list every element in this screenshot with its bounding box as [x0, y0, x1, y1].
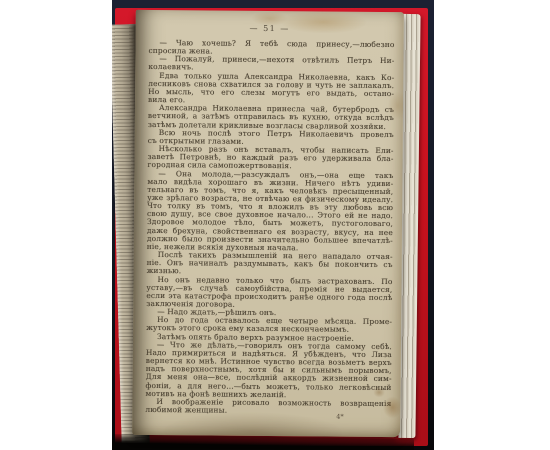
paragraph: Но онъ недавно только что былъ застрахов…	[146, 275, 392, 310]
paragraph: Послѣ такихъ размышленій на него нападал…	[147, 251, 393, 278]
paragraph: — Что же дѣлать,—говорилъ онъ тогда само…	[145, 341, 391, 400]
book-photo: — 51 — — Чаю хочешь? Я тебѣ сюда принесу…	[112, 0, 434, 450]
page-text: — Чаю хочешь? Я тебѣ сюда принесу,—любез…	[145, 39, 394, 416]
paragraph: И воображеніе рисовало возможность возвр…	[145, 398, 391, 416]
page-number: — 51 —	[136, 23, 404, 34]
paragraph: Александра Николаевна принесла чай, буте…	[148, 104, 394, 131]
paragraph: Нѣсколько разъ онъ вставалъ, чтобы напис…	[147, 145, 393, 172]
book-page: — 51 — — Чаю хочешь? Я тебѣ сюда принесу…	[132, 10, 404, 437]
paragraph: Едва только ушла Александра Николаевна, …	[148, 72, 394, 107]
paragraph: — Она молода,—разсуждалъ онъ,—она еще та…	[147, 169, 394, 253]
signature-mark: 4*	[336, 413, 343, 421]
